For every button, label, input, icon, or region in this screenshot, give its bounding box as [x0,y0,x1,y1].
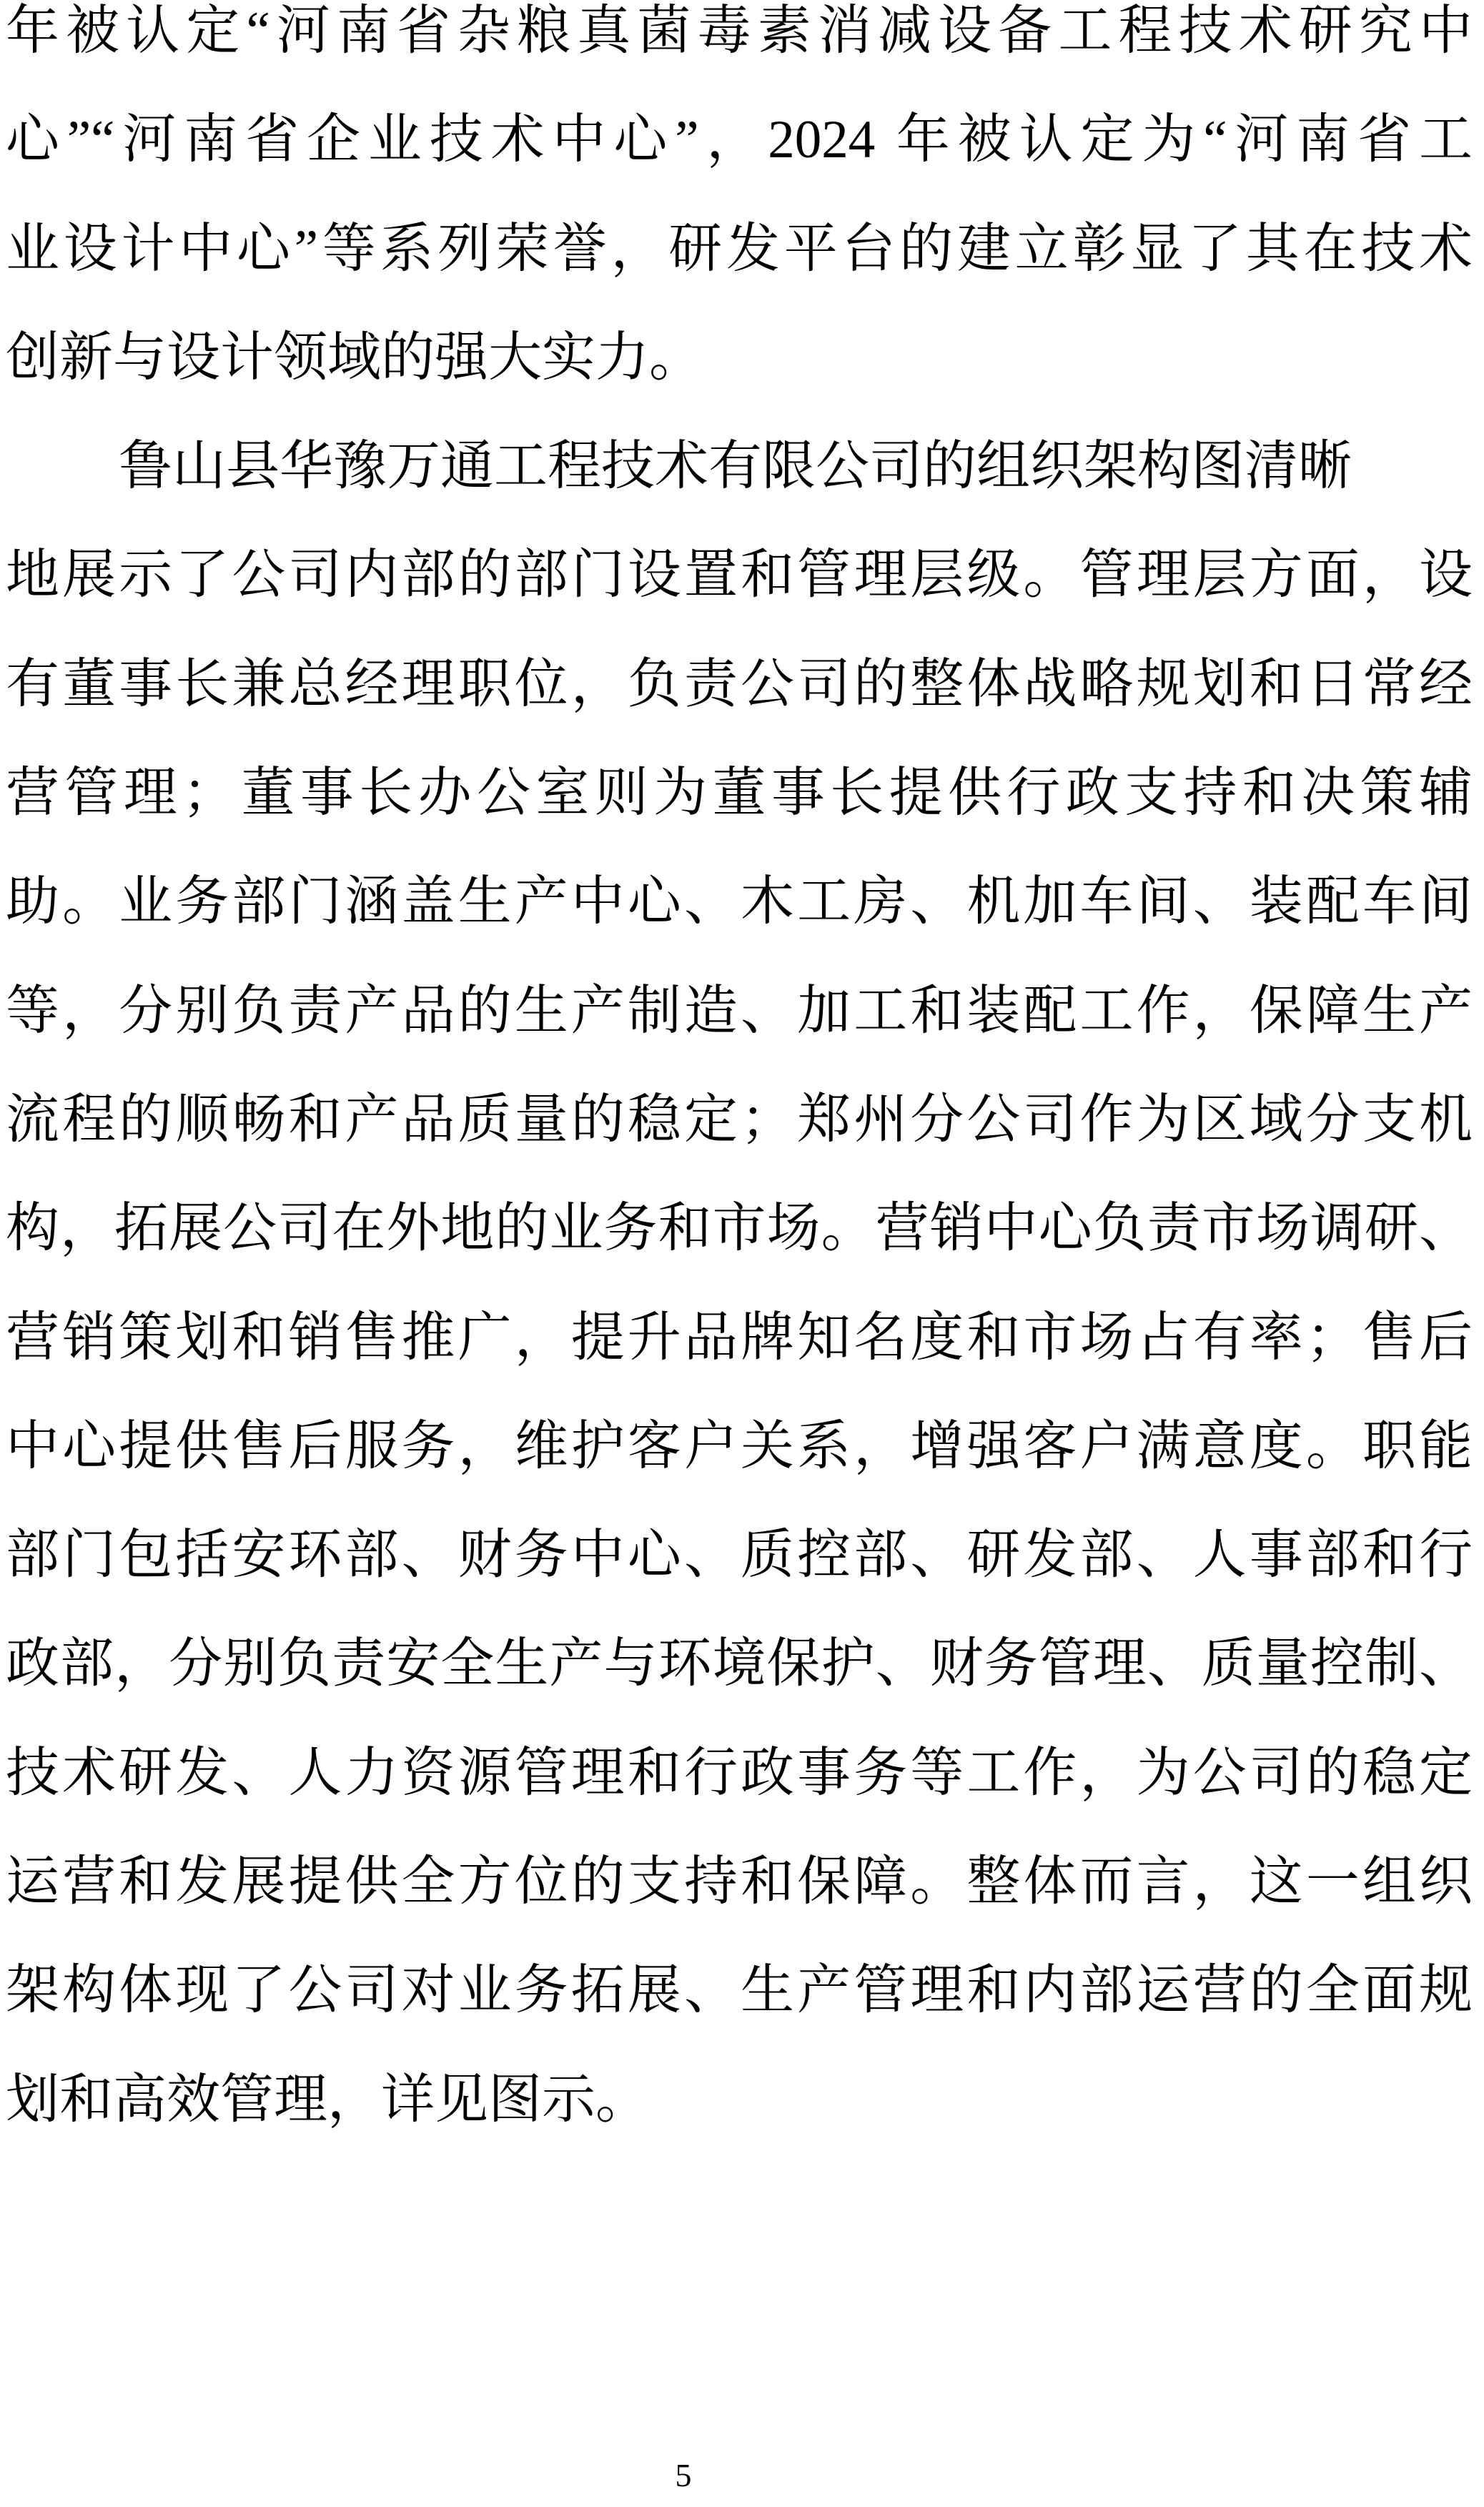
text-line: 部门包括安环部、财务中心、质控部、研发部、人事部和行 [6,1501,1473,1610]
text-line: 有董事长兼总经理职位，负责公司的整体战略规划和日常经 [6,631,1473,739]
text-line: 中心提供售后服务，维护客户关系，增强客户满意度。职能 [6,1393,1473,1501]
page-number: 5 [676,2457,692,2493]
body-text: 年被认定“河南省杂粮真菌毒素消减设备工程技术研究中 心”“河南省企业技术中心”，… [6,0,1473,2155]
document-page: 年被认定“河南省杂粮真菌毒素消减设备工程技术研究中 心”“河南省企业技术中心”，… [0,0,1484,2507]
text-line: 年被认定“河南省杂粮真菌毒素消减设备工程技术研究中 [6,0,1473,86]
page-footer: 5 [0,2457,1367,2494]
text-line: 鲁山县华豫万通工程技术有限公司的组织架构图清晰 [6,412,1473,521]
text-line: 营管理；董事长办公室则为董事长提供行政支持和决策辅 [6,739,1473,848]
text-line: 助。业务部门涵盖生产中心、木工房、机加车间、装配车间 [6,848,1473,956]
text-line: 构，拓展公司在外地的业务和市场。营销中心负责市场调研、 [6,1175,1473,1283]
text-line: 创新与设计领域的强大实力。 [6,304,1473,412]
text-line: 架构体现了公司对业务拓展、生产管理和内部运营的全面规 [6,1937,1473,2045]
text-line: 政部，分别负责安全生产与环境保护、财务管理、质量控制、 [6,1610,1473,1719]
text-line: 业设计中心”等系列荣誉，研发平台的建立彰显了其在技术 [6,195,1473,304]
text-line: 技术研发、人力资源管理和行政事务等工作，为公司的稳定 [6,1719,1473,1828]
text-line: 等，分别负责产品的生产制造、加工和装配工作，保障生产 [6,957,1473,1066]
text-line: 心”“河南省企业技术中心”，2024 年被认定为“河南省工 [6,86,1473,194]
text-line: 地展示了公司内部的部门设置和管理层级。管理层方面，设 [6,521,1473,630]
text-line: 划和高效管理，详见图示。 [6,2046,1473,2155]
text-line: 营销策划和销售推广，提升品牌知名度和市场占有率；售后 [6,1284,1473,1393]
text-line: 运营和发展提供全方位的支持和保障。整体而言，这一组织 [6,1828,1473,1937]
text-line: 流程的顺畅和产品质量的稳定；郑州分公司作为区域分支机 [6,1066,1473,1175]
